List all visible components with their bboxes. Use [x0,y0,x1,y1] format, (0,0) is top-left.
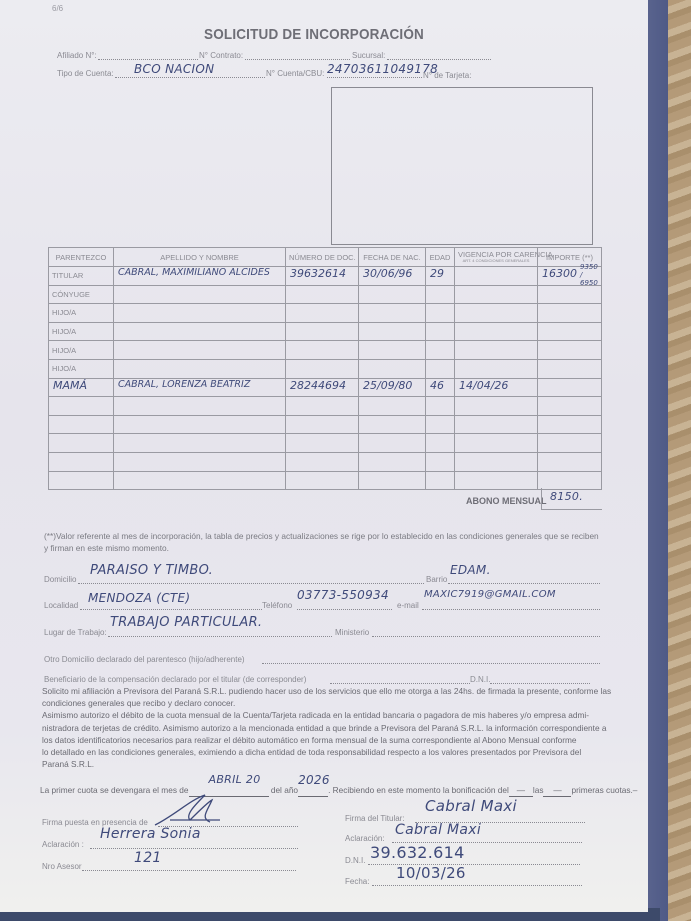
beneficiario-dni-label: D.N.I. [470,675,490,684]
contrato-field[interactable] [245,59,350,60]
ministerio-field[interactable] [372,636,600,637]
cell-vigencia[interactable] [455,341,538,360]
cell-fecha-nac[interactable] [359,304,426,323]
cell-vigencia[interactable] [455,267,538,286]
handwritten-nombre: CABRAL, MAXIMILIANO ALCIDES [118,267,270,278]
barrio-value: EDAM. [450,563,491,577]
abono-mensual-label: ABONO MENSUAL [466,496,547,506]
aclaracion-titular-label: Aclaración: [345,834,385,843]
cell-doc[interactable] [286,304,359,323]
member-row: MAMÁCABRAL, LORENZA BEATRIZ2824469425/09… [49,378,602,397]
cell-importe[interactable] [538,434,602,453]
barrio-label: Barrio [426,575,447,584]
cell-edad[interactable] [426,397,455,416]
cell-fecha-nac[interactable] [359,434,426,453]
primer-cuota-bonif-text: . Recibiendo en este momento la bonifica… [328,785,509,795]
member-row [49,397,602,416]
lugar-trabajo-field[interactable] [108,636,332,637]
cell-parentezco[interactable]: HIJO/A [49,341,114,360]
aclaracion-asesor-field[interactable] [90,848,298,849]
handwritten-doc: 39632614 [290,267,346,280]
member-row: HIJO/A [49,304,602,323]
email-value: MAXIC7919@GMAIL.COM [424,589,556,600]
domicilio-label: Domicilio [44,575,76,584]
cell-parentezco[interactable] [49,397,114,416]
handwritten-fecha-nac: 30/06/96 [363,267,412,280]
nro-asesor-field[interactable] [82,870,296,871]
legal-text: Solicito mi afiliación a Previsora del P… [42,685,622,770]
member-row [49,415,602,434]
cell-vigencia[interactable] [455,359,538,378]
cell-fecha-nac[interactable] [359,359,426,378]
domicilio-field[interactable] [78,583,424,584]
lugar-trabajo-value: TRABAJO PARTICULAR. [110,615,262,630]
cell-edad[interactable] [426,285,455,304]
col-vigencia-subtitle: ART. 4 CONDICIONES GENERALES [458,258,534,263]
afiliado-field[interactable] [98,59,198,60]
beneficiario-label: Beneficiario de la compensación declarad… [44,675,306,684]
cell-fecha-nac[interactable] [359,397,426,416]
cuenta-cbu-field[interactable] [327,77,422,78]
lugar-trabajo-label: Lugar de Trabajo: [44,628,107,637]
cell-importe[interactable] [538,397,602,416]
aclaracion-titular-value: Cabral Maxi [395,822,481,838]
cell-parentezco[interactable] [49,434,114,453]
cell-importe[interactable] [538,285,602,304]
cell-vigencia[interactable] [455,471,538,490]
asesor-signature [150,790,230,830]
cell-vigencia[interactable] [455,304,538,323]
sucursal-label: Sucursal: [352,51,385,60]
handwritten-edad: 29 [430,267,444,280]
cell-edad[interactable] [426,452,455,471]
col-edad: EDAD [426,248,455,267]
cell-nombre[interactable] [114,415,286,434]
cell-nombre[interactable] [114,304,286,323]
page-number: 6/6 [52,4,63,13]
member-row: TITULARCABRAL, MAXIMILIANO ALCIDES396326… [49,267,602,286]
cell-parentezco[interactable]: CÓNYUGE [49,285,114,304]
fecha-value: 10/03/26 [396,864,466,882]
legal-line: Asimismo autorizo el débito de la cuota … [42,709,622,721]
cell-fecha-nac[interactable] [359,322,426,341]
cell-fecha-nac[interactable] [359,471,426,490]
sucursal-field[interactable] [387,59,491,60]
cell-fecha-nac[interactable]: 30/06/96 [359,267,426,286]
cell-edad[interactable]: 46 [426,378,455,397]
form-paper: 6/6 SOLICITUD DE INCORPORACIÓN Afiliado … [0,0,648,912]
otro-domicilio-label: Otro Domicilio declarado del parentesco … [44,655,245,664]
cell-fecha-nac[interactable] [359,452,426,471]
col-parentezco: PARENTEZCO [49,248,114,267]
cell-doc[interactable] [286,359,359,378]
telefono-label: Teléfono [262,601,292,610]
cell-edad[interactable] [426,471,455,490]
col-fecha-nac: FECHA DE NAC. [359,248,426,267]
member-row [49,434,602,453]
tipo-cuenta-label: Tipo de Cuenta: [57,69,114,78]
legal-line: nistradora de terjetas de crédito. Asimi… [42,722,622,734]
cuenta-cbu-value: 24703611049178 [327,62,438,76]
tarjeta-label: N° de Tarjeta: [423,71,471,80]
form-title: SOLICITUD DE INCORPORACIÓN [31,26,596,43]
cell-importe[interactable] [538,415,602,434]
cell-nombre[interactable] [114,397,286,416]
localidad-value: MENDOZA (CTE) [88,591,190,605]
afiliado-label: Afiliado N°: [57,51,97,60]
cell-edad[interactable] [426,359,455,378]
cell-importe[interactable] [538,359,602,378]
otro-domicilio-field[interactable] [262,663,600,664]
primer-cuota-anio-field[interactable]: 2026 [298,784,328,797]
handwritten-edad: 46 [430,379,444,392]
cell-doc[interactable] [286,434,359,453]
nro-asesor-value: 121 [134,850,162,866]
cell-parentezco[interactable]: HIJO/A [49,304,114,323]
cell-importe[interactable] [538,471,602,490]
primer-cuota-line: La primer cuota se devengara el mes deAB… [40,784,640,797]
dni-titular-label: D.N.I. [345,856,365,865]
cell-vigencia[interactable] [455,285,538,304]
cell-parentezco[interactable]: TITULAR [49,267,114,286]
cell-importe[interactable] [538,378,602,397]
member-row [49,452,602,471]
importe-note: 9350 / 6950 [580,263,600,287]
cuenta-cbu-label: N° Cuenta/CBU: [266,69,324,78]
member-row: HIJO/A [49,359,602,378]
cell-importe[interactable] [538,304,602,323]
col-vigencia: VIGENCIA POR CARENCIAART. 4 CONDICIONES … [455,248,538,267]
legal-line: lo detallado en las condiciones generale… [42,746,622,758]
beneficiario-dni-field[interactable] [490,683,590,684]
legal-line: Solicito mi afiliación a Previsora del P… [42,685,622,697]
cell-nombre[interactable] [114,341,286,360]
cell-nombre[interactable]: CABRAL, MAXIMILIANO ALCIDES [114,267,286,286]
cell-parentezco[interactable] [49,471,114,490]
aclaracion-asesor-value: Herrera Sonia [100,826,201,842]
cell-fecha-nac[interactable] [359,341,426,360]
price-note: (**)Valor referente al mes de incorporac… [44,530,604,554]
cell-vigencia[interactable]: 14/04/26 [455,378,538,397]
cell-vigencia[interactable] [455,397,538,416]
cell-edad[interactable] [426,304,455,323]
cell-edad[interactable]: 29 [426,267,455,286]
cell-edad[interactable] [426,341,455,360]
bonificacion-field[interactable]: — [509,784,533,797]
fecha-label: Fecha: [345,877,369,886]
abono-mensual-value: 8150. [550,490,583,503]
cell-nombre[interactable]: CABRAL, LORENZA BEATRIZ [114,378,286,397]
col-doc: NÚMERO DE DOC. [286,248,359,267]
cell-importe[interactable] [538,452,602,471]
cell-importe[interactable] [538,322,602,341]
legal-line: los datos identificatorios necesarios pa… [42,734,622,746]
cell-nombre[interactable] [114,434,286,453]
cell-nombre[interactable] [114,471,286,490]
telefono-value: 03773-550934 [297,588,389,602]
dni-titular-value: 39.632.614 [370,843,465,862]
cell-importe[interactable] [538,341,602,360]
nro-asesor-label: Nro Asesor [42,862,82,871]
cell-vigencia[interactable] [455,415,538,434]
cell-fecha-nac[interactable] [359,415,426,434]
cuotas-field[interactable]: — [543,784,571,797]
cell-edad[interactable] [426,434,455,453]
member-row: HIJO/A [49,341,602,360]
cell-doc[interactable] [286,285,359,304]
barrio-field[interactable] [448,583,600,584]
cell-doc[interactable] [286,415,359,434]
primer-cuota-mes-value: ABRIL 20 [209,774,261,786]
ministerio-label: Ministerio [335,628,369,637]
handwritten-vigencia: 14/04/26 [459,379,508,392]
domicilio-value: PARAISO Y TIMBO. [90,563,213,578]
primer-cuota-suffix: primeras cuotas.– [571,785,637,795]
fecha-field[interactable] [372,885,582,886]
col-nombre: APELLIDO Y NOMBRE [114,248,286,267]
cell-vigencia[interactable] [455,322,538,341]
cell-parentezco[interactable] [49,415,114,434]
handwritten-fecha-nac: 25/09/80 [363,379,412,392]
cell-doc[interactable] [286,471,359,490]
cell-nombre[interactable] [114,452,286,471]
cell-vigencia[interactable] [455,452,538,471]
member-row [49,471,602,490]
cell-doc[interactable] [286,452,359,471]
contrato-label: N° Contrato: [199,51,243,60]
primer-cuota-anio-value: 2026 [298,774,330,786]
firma-titular-value: Cabral Maxi [425,797,517,815]
tipo-cuenta-value: BCO NACION [134,62,214,76]
localidad-field[interactable] [80,609,262,610]
aclaracion-asesor-label: Aclaración : [42,840,84,849]
email-label: e-mail [397,601,419,610]
telefono-field[interactable] [297,609,392,610]
member-row: CÓNYUGE [49,285,602,304]
handwritten-parentezco: MAMÁ [53,379,87,392]
cell-fecha-nac[interactable] [359,285,426,304]
cell-doc[interactable] [286,397,359,416]
cell-parentezco[interactable] [49,452,114,471]
cell-edad[interactable] [426,415,455,434]
localidad-label: Localidad [44,601,78,610]
cell-vigencia[interactable] [455,434,538,453]
members-table: PARENTEZCO APELLIDO Y NOMBRE NÚMERO DE D… [48,247,602,490]
cell-nombre[interactable] [114,359,286,378]
member-row: HIJO/A [49,322,602,341]
cell-parentezco[interactable]: HIJO/A [49,359,114,378]
card-attachment-box [331,87,593,245]
handwritten-doc: 28244694 [290,379,346,392]
email-field[interactable] [422,609,600,610]
handwritten-importe: 16300 [542,267,577,280]
primer-cuota-anio-label: del año [271,785,298,795]
abono-mensual-field[interactable]: 8150. [541,488,602,510]
cell-edad[interactable] [426,322,455,341]
cell-parentezco[interactable]: MAMÁ [49,378,114,397]
cell-doc[interactable] [286,322,359,341]
handwritten-nombre: CABRAL, LORENZA BEATRIZ [118,379,250,390]
cell-importe[interactable]: 163009350 / 6950 [538,267,602,286]
cell-doc[interactable]: 39632614 [286,267,359,286]
primer-cuota-las-label: las [533,785,544,795]
members-table-header: PARENTEZCO APELLIDO Y NOMBRE NÚMERO DE D… [49,248,602,267]
legal-line: Paraná S.R.L. [42,758,622,770]
cell-nombre[interactable] [114,285,286,304]
tipo-cuenta-field[interactable] [115,77,265,78]
cell-doc[interactable]: 28244694 [286,378,359,397]
cell-fecha-nac[interactable]: 25/09/80 [359,378,426,397]
cell-nombre[interactable] [114,322,286,341]
cell-parentezco[interactable]: HIJO/A [49,322,114,341]
legal-line: condiciones generales que recibo y decla… [42,697,622,709]
cell-doc[interactable] [286,341,359,360]
beneficiario-field[interactable] [330,683,470,684]
